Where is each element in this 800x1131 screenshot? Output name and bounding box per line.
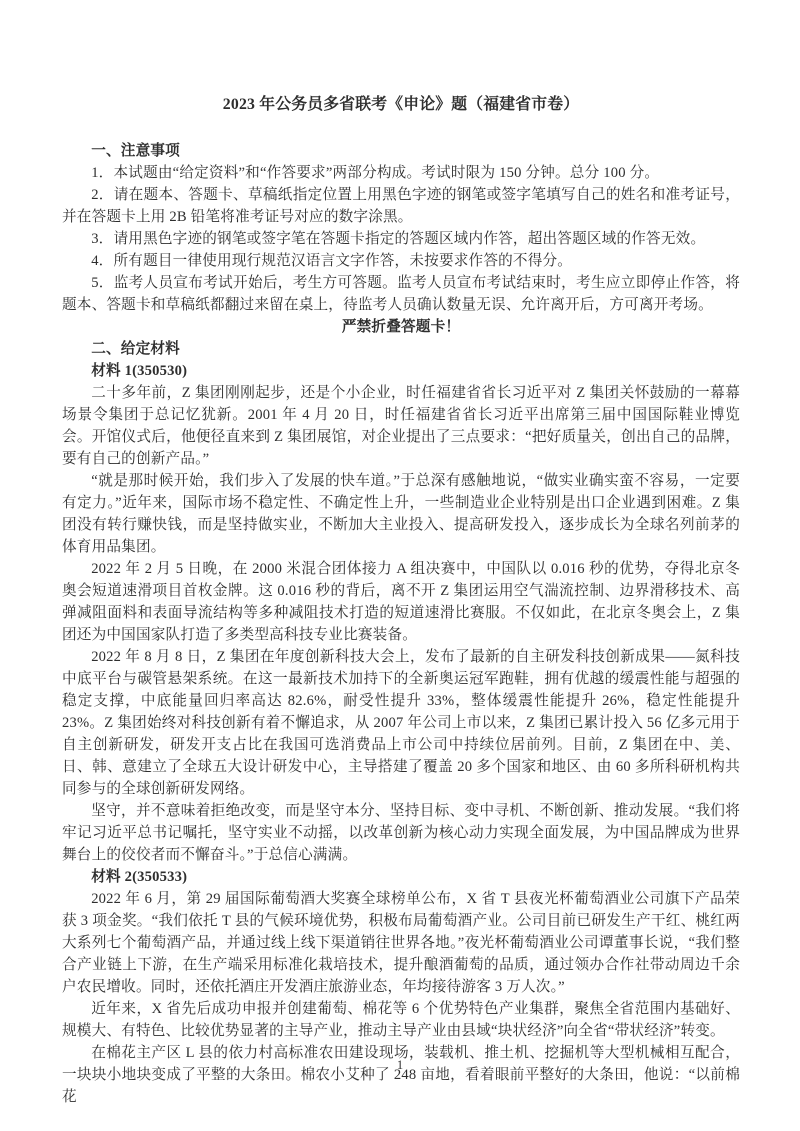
notice-item-1: 1．本试题由“给定资料”和“作答要求”两部分构成。考试时限为 150 分钟。总分…	[62, 162, 740, 184]
notice-item-5: 5．监考人员宣布考试开始后，考生方可答题。监考人员宣布考试结束时，考生应立即停止…	[62, 272, 740, 316]
document-page: 2023 年公务员多省联考《申论》题（福建省市卷）一、注意事项1．本试题由“给定…	[0, 0, 800, 1131]
doc-title: 2023 年公务员多省联考《申论》题（福建省市卷）	[62, 94, 740, 116]
material-2-paragraph-1: 2022 年 6 月，第 29 届国际葡萄酒大奖赛全球榜单公布，X 省 T 县夜…	[62, 888, 740, 998]
material-2-paragraph-2: 近年来，X 省先后成功申报并创建葡萄、棉花等 6 个优势特色产业集群，聚焦全省范…	[62, 998, 740, 1042]
notice-item-4: 4．所有题目一律使用现行规范汉语言文字作答，未按要求作答的不得分。	[62, 250, 740, 272]
material-1-heading: 材料 1(350530)	[62, 360, 740, 382]
material-2-heading: 材料 2(350533)	[62, 866, 740, 888]
material-1-paragraph-3: 2022 年 2 月 5 日晚，在 2000 米混合团体接力 A 组决赛中，中国…	[62, 558, 740, 646]
section-heading-materials: 二、给定材料	[62, 338, 740, 360]
document-content: 2023 年公务员多省联考《申论》题（福建省市卷）一、注意事项1．本试题由“给定…	[62, 94, 740, 1108]
notice-item-3: 3．请用黑色字迹的钢笔或签字笔在答题卡指定的答题区域内作答，超出答题区域的作答无…	[62, 228, 740, 250]
warning-line: 严禁折叠答题卡！	[62, 316, 740, 338]
material-1-paragraph-2: “就是那时候开始，我们步入了发展的快车道。”于总深有感触地说，“做实业确实蛮不容…	[62, 470, 740, 558]
material-1-paragraph-1: 二十多年前，Z 集团刚刚起步，还是个小企业，时任福建省省长习近平对 Z 集团关怀…	[62, 382, 740, 470]
notice-item-2: 2．请在题本、答题卡、草稿纸指定位置上用黑色字迹的钢笔或签字笔填写自己的姓名和准…	[62, 184, 740, 228]
material-1-paragraph-4: 2022 年 8 月 8 日，Z 集团在年度创新科技大会上，发布了最新的自主研发…	[62, 646, 740, 800]
page-number: 1	[0, 1058, 800, 1073]
section-heading-notice: 一、注意事项	[62, 140, 740, 162]
material-1-paragraph-5: 坚守，并不意味着拒绝改变，而是坚守本分、坚持目标、变中寻机、不断创新、推动发展。…	[62, 800, 740, 866]
material-2-paragraph-3: 在棉花主产区 L 县的依力村高标准农田建设现场，装载机、推土机、挖掘机等大型机械…	[62, 1042, 740, 1108]
